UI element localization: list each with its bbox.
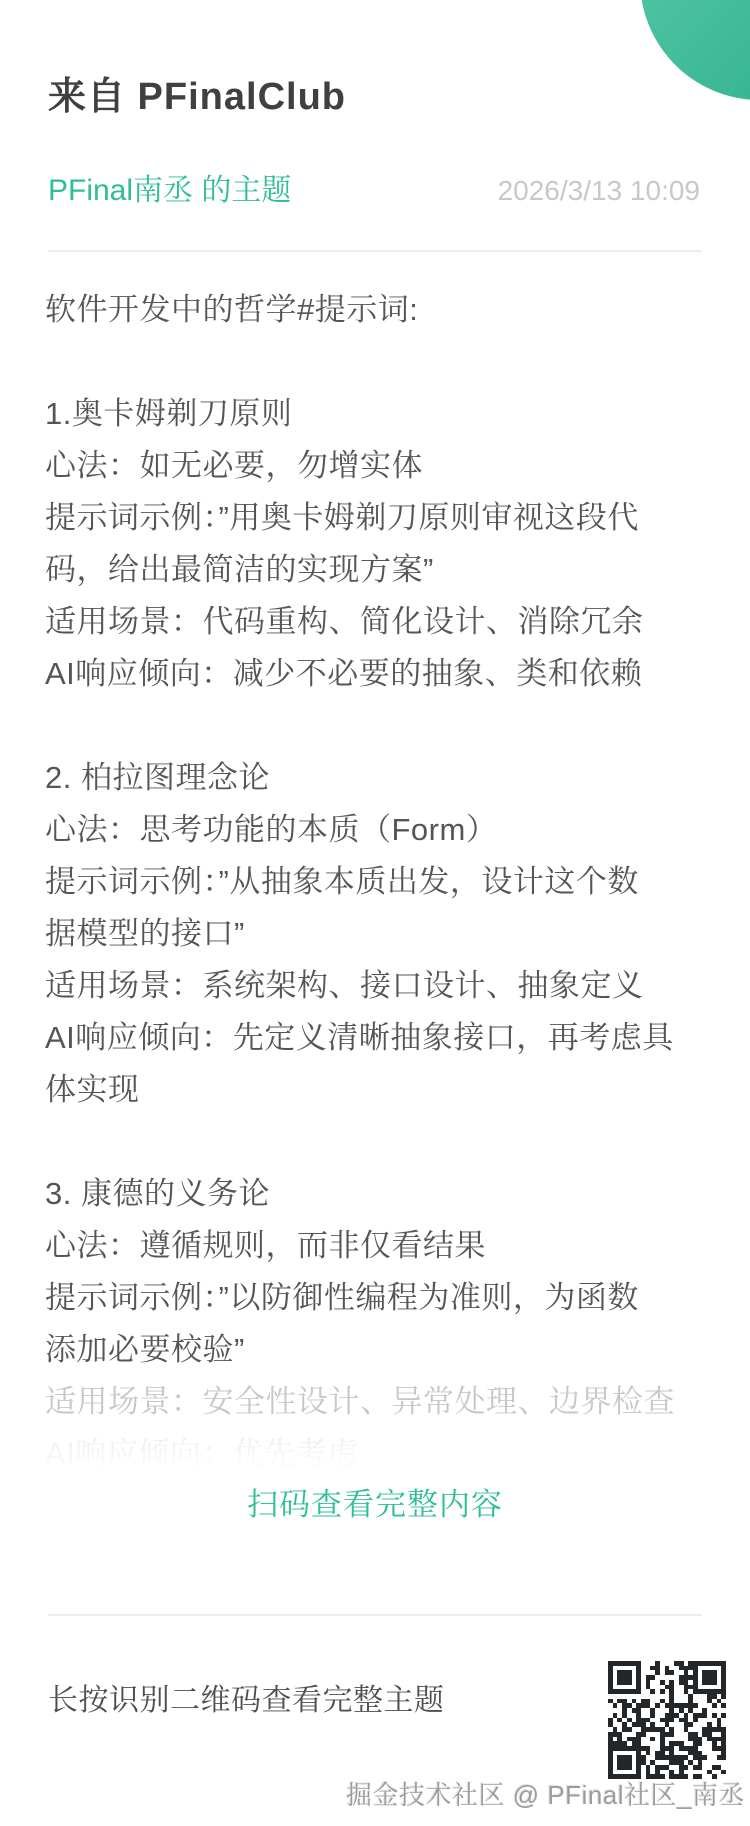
page-title: 来自 PFinalClub: [48, 74, 346, 120]
content-section: 1.奥卡姆剃刀原则心法：如无必要，勿增实体提示词示例：”用奥卡姆剃刀原则审视这段…: [45, 388, 708, 700]
text-line: 提示词示例：”以防御性编程为准则，为函数: [45, 1272, 708, 1324]
long-press-hint: 长按识别二维码查看完整主题: [48, 1684, 445, 1718]
green-circle-decoration: [640, 0, 750, 100]
text-line: AI响应倾向：先定义清晰抽象接口，再考虑具: [45, 1012, 708, 1064]
text-line: AI响应倾向：减少不必要的抽象、类和依赖: [45, 648, 708, 700]
scan-full-content-link[interactable]: 扫码查看完整内容: [0, 1488, 750, 1522]
text-line: 心法：思考功能的本质（Form）: [45, 804, 708, 856]
text-line: 码，给出最简洁的实现方案”: [45, 544, 708, 596]
text-line: 提示词示例：”用奥卡姆剃刀原则审视这段代: [45, 492, 708, 544]
content-section: 2. 柏拉图理念论心法：思考功能的本质（Form）提示词示例：”从抽象本质出发，…: [45, 752, 708, 1116]
qr-code-icon[interactable]: [608, 1661, 726, 1779]
text-line: 适用场景：系统架构、接口设计、抽象定义: [45, 960, 708, 1012]
text-line: 提示词示例：”从抽象本质出发，设计这个数: [45, 856, 708, 908]
watermark: 掘金技术社区 @ PFinal社区_南丞: [346, 1780, 745, 1810]
text-line: 2. 柏拉图理念论: [45, 752, 708, 804]
text-line: 添加必要校验”: [45, 1324, 708, 1376]
text-line: 3. 康德的义务论: [45, 1168, 708, 1220]
text-line: 1.奥卡姆剃刀原则: [45, 388, 708, 440]
body-text: 软件开发中的哲学#提示词: 1.奥卡姆剃刀原则心法：如无必要，勿增实体提示词示例…: [45, 284, 708, 1480]
content-section: 3. 康德的义务论心法：遵循规则，而非仅看结果提示词示例：”以防御性编程为准则，…: [45, 1168, 708, 1480]
text-line: 适用场景：代码重构、简化设计、消除冗余: [45, 596, 708, 648]
text-line: 心法：遵循规则，而非仅看结果: [45, 1220, 708, 1272]
text-line: 据模型的接口”: [45, 908, 708, 960]
timestamp: 2026/3/13 10:09: [498, 174, 700, 208]
text-line: AI响应倾向：优先考虑: [45, 1428, 708, 1480]
text-line: 体实现: [45, 1064, 708, 1116]
text-line: 适用场景：安全性设计、异常处理、边界检查: [45, 1376, 708, 1428]
text-line: 心法：如无必要，勿增实体: [45, 440, 708, 492]
meta-row: PFinal南丞 的主题 2026/3/13 10:09: [48, 174, 700, 208]
body-sections: 1.奥卡姆剃刀原则心法：如无必要，勿增实体提示词示例：”用奥卡姆剃刀原则审视这段…: [45, 388, 708, 1480]
share-card: 来自 PFinalClub PFinal南丞 的主题 2026/3/13 10:…: [0, 0, 750, 1826]
author-topic-link[interactable]: PFinal南丞 的主题: [48, 174, 291, 208]
intro-line: 软件开发中的哲学#提示词:: [45, 284, 708, 336]
footer-divider: [48, 1614, 702, 1616]
header-divider: [48, 250, 702, 252]
